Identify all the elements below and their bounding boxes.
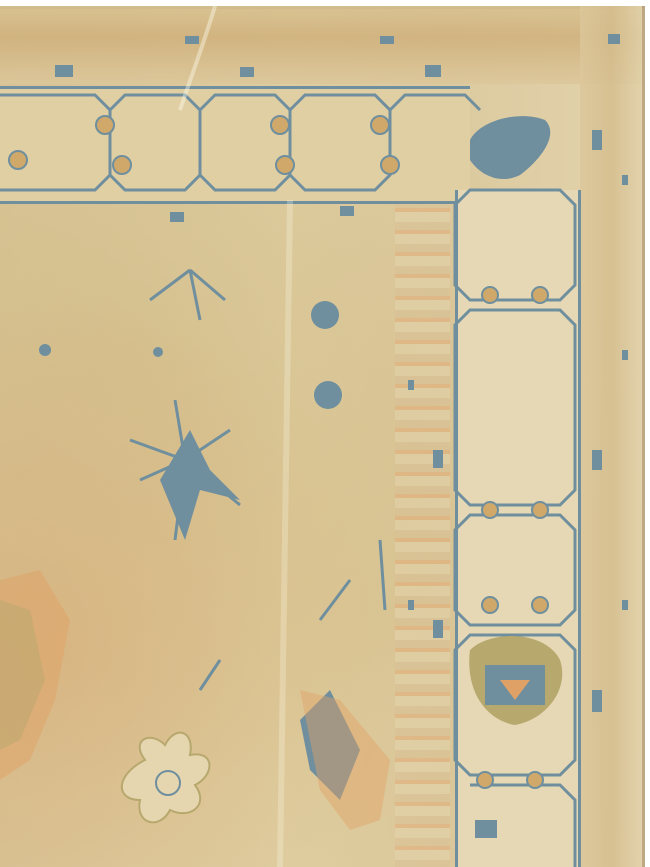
rug-motifs [0, 0, 650, 867]
